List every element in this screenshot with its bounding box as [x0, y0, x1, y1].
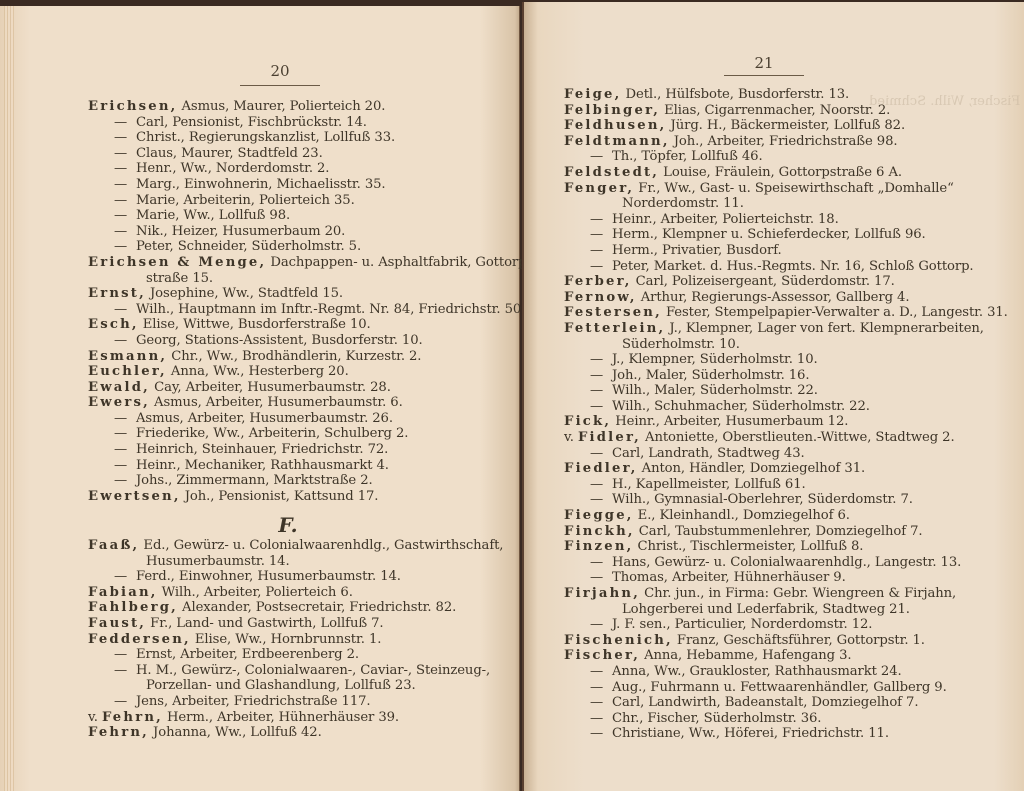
directory-entry: Euchler, Anna, Ww., Hesterberg 20. — [88, 364, 531, 380]
ditto-dash: — — [590, 259, 612, 275]
ditto-dash: — — [114, 208, 136, 224]
entry-details: Marie, Ww., Lollfuß 98. — [136, 208, 290, 223]
directory-sub-entry: —Friederike, Ww., Arbeiterin, Schulberg … — [88, 426, 531, 442]
directory-entry: Fenger, Fr., Ww., Gast- u. Speisewirthsc… — [564, 181, 1008, 197]
entry-details: Carl, Polizeisergeant, Süderdomstr. 17. — [632, 274, 895, 289]
directory-entry: Faaß, Ed., Gewürz- u. Colonialwaarenhdlg… — [88, 538, 503, 554]
name-prefix: v. — [88, 710, 102, 725]
directory-sub-entry: —Heinr., Arbeiter, Polierteichstr. 18. — [564, 212, 1008, 228]
page-number-rule — [240, 85, 320, 86]
ditto-dash: — — [590, 555, 612, 571]
directory-sub-entry: —Marie, Arbeiterin, Polierteich 35. — [88, 193, 531, 209]
entry-details: Ed., Gewürz- u. Colonialwaarenhdlg., Gas… — [139, 538, 503, 553]
ditto-dash: — — [590, 383, 612, 399]
directory-sub-entry: —H. M., Gewürz-, Colonialwaaren-, Caviar… — [88, 663, 503, 679]
entry-details: Herm., Arbeiter, Hühnerhäuser 39. — [163, 710, 399, 725]
entry-details: Wilh., Maler, Süderholmstr. 22. — [612, 383, 818, 398]
directory-sub-entry: —Nik., Heizer, Husumerbaum 20. — [88, 224, 531, 240]
surname: Euchler, — [88, 364, 167, 379]
directory-sub-entry: —Christ., Regierungskanzlist, Lollfuß 33… — [88, 130, 531, 146]
directory-entry: Fischenich, Franz, Geschäftsführer, Gott… — [564, 633, 1008, 649]
entry-details: Anna, Hebamme, Hafengang 3. — [640, 648, 852, 663]
directory-sub-entry: —H., Kapellmeister, Lollfuß 61. — [564, 477, 1008, 493]
ditto-dash: — — [114, 302, 136, 318]
directory-entry: Fischer, Anna, Hebamme, Hafengang 3. — [564, 648, 1008, 664]
entry-details: Arthur, Regierungs-Assessor, Gallberg 4. — [637, 290, 910, 305]
entry-details: Peter, Schneider, Süderholmstr. 5. — [136, 239, 361, 254]
ditto-dash: — — [590, 617, 612, 633]
ditto-dash: — — [114, 647, 136, 663]
ditto-dash: — — [590, 243, 612, 259]
directory-sub-entry: —Christiane, Ww., Höferei, Friedrichstr.… — [564, 726, 1008, 742]
entry-details: Antoniette, Oberstlieuten.-Wittwe, Stadt… — [641, 430, 955, 445]
surname: Fidler, — [578, 430, 641, 445]
directory-entry: Fiegge, E., Kleinhandl., Domziegelhof 6. — [564, 508, 1008, 524]
entry-details: Nik., Heizer, Husumerbaum 20. — [136, 224, 345, 239]
directory-sub-entry: —Herm., Privatier, Busdorf. — [564, 243, 1008, 259]
entry-details: Claus, Maurer, Stadtfeld 23. — [136, 146, 323, 161]
entry-details: Elias, Cigarrenmacher, Noorstr. 2. — [660, 103, 890, 118]
surname: Firjahn, — [564, 586, 640, 601]
entry-details: Carl, Landwirth, Badeanstalt, Domziegelh… — [612, 695, 918, 710]
ditto-dash: — — [114, 411, 136, 427]
surname: Feldstedt, — [564, 165, 659, 180]
directory-entry: Feldstedt, Louise, Fräulein, Gottorpstra… — [564, 165, 1008, 181]
entry-details: Franz, Geschäftsführer, Gottorpstr. 1. — [673, 633, 925, 648]
directory-sub-entry: —Carl, Landwirth, Badeanstalt, Domziegel… — [564, 695, 1008, 711]
ditto-dash: — — [114, 333, 136, 349]
directory-entry: v. Fehrn, Herm., Arbeiter, Hühnerhäuser … — [88, 710, 503, 726]
surname: Ewertsen, — [88, 489, 181, 504]
page-number-rule — [724, 75, 804, 76]
ditto-dash: — — [114, 426, 136, 442]
surname: Faust, — [88, 616, 146, 631]
directory-sub-entry: —Georg, Stations-Assistent, Busdorferstr… — [88, 333, 531, 349]
surname: Ernst, — [88, 286, 146, 301]
directory-sub-entry: —Chr., Fischer, Süderholmstr. 36. — [564, 711, 1008, 727]
entry-details: Peter, Market. d. Hus.-Regmts. Nr. 16, S… — [612, 259, 974, 274]
directory-entry: Esmann, Chr., Ww., Brodhändlerin, Kurzes… — [88, 349, 531, 365]
directory-sub-entry: —Asmus, Arbeiter, Husumerbaumstr. 26. — [88, 411, 531, 427]
entry-details: Chr. jun., in Firma: Gebr. Wiengreen & F… — [640, 586, 956, 601]
directory-sub-entry: —Ernst, Arbeiter, Erdbeerenberg 2. — [88, 647, 503, 663]
entry-details: Jens, Arbeiter, Friedrichstraße 117. — [136, 694, 371, 709]
directory-entry: Finzen, Christ., Tischlermeister, Lollfu… — [564, 539, 1008, 555]
directory-sub-entry: —Heinr., Mechaniker, Rathhausmarkt 4. — [88, 458, 531, 474]
directory-sub-entry: —Marg., Einwohnerin, Michaelisstr. 35. — [88, 177, 531, 193]
surname: Fehrn, — [88, 725, 149, 740]
entry-details: Joh., Pensionist, Kattsund 17. — [181, 489, 379, 504]
entry-continuation-line: Lohgerberei und Lederfabrik, Stadtweg 21… — [564, 602, 1008, 618]
entry-details: Th., Töpfer, Lollfuß 46. — [612, 149, 763, 164]
entry-details: Wilh., Schuhmacher, Süderholmstr. 22. — [612, 399, 870, 414]
ditto-dash: — — [590, 680, 612, 696]
ditto-dash: — — [590, 664, 612, 680]
ditto-dash: — — [114, 473, 136, 489]
book-spread: 20 Erichsen, Asmus, Maurer, Polierteich … — [0, 0, 1024, 791]
directory-sub-entry: —Carl, Landrath, Stadtweg 43. — [564, 446, 1008, 462]
directory-list-e: Erichsen, Asmus, Maurer, Polierteich 20.… — [88, 99, 531, 504]
directory-entry: Fetterlein, J., Klempner, Lager von fert… — [564, 321, 1008, 337]
entry-details: Friederike, Ww., Arbeiterin, Schulberg 2… — [136, 426, 408, 441]
directory-sub-entry: —Peter, Market. d. Hus.-Regmts. Nr. 16, … — [564, 259, 1008, 275]
surname: Fahlberg, — [88, 600, 178, 615]
entry-continuation-line: Porzellan- und Glashandlung, Lollfuß 23. — [88, 678, 503, 694]
entry-details: Christ., Regierungskanzlist, Lollfuß 33. — [136, 130, 395, 145]
ditto-dash: — — [590, 399, 612, 415]
directory-entry: Feige, Detl., Hülfsbote, Busdorferstr. 1… — [564, 87, 1008, 103]
entry-details: Dachpappen- u. Asphaltfabrik, Gottorp- — [266, 255, 531, 270]
ditto-dash: — — [590, 492, 612, 508]
directory-entry: Faust, Fr., Land- und Gastwirth, Lollfuß… — [88, 616, 503, 632]
directory-sub-entry: —Jens, Arbeiter, Friedrichstraße 117. — [88, 694, 503, 710]
entry-details: Georg, Stations-Assistent, Busdorferstr.… — [136, 333, 423, 348]
directory-entry: Ewers, Asmus, Arbeiter, Husumerbaumstr. … — [88, 395, 531, 411]
directory-sub-entry: —Wilh., Hauptmann im Inftr.-Regmt. Nr. 8… — [88, 302, 531, 318]
surname: Festersen, — [564, 305, 662, 320]
directory-sub-entry: —Anna, Ww., Graukloster, Rathhausmarkt 2… — [564, 664, 1008, 680]
surname: Ferber, — [564, 274, 632, 289]
entry-details: Carl, Taubstummenlehrer, Domziegelhof 7. — [635, 524, 923, 539]
directory-sub-entry: —Marie, Ww., Lollfuß 98. — [88, 208, 531, 224]
entry-details: J., Klempner, Lager von fert. Klempnerar… — [665, 321, 984, 336]
entry-details: Fester, Stempelpapier-Verwalter a. D., L… — [662, 305, 1008, 320]
entry-details: Elise, Ww., Hornbrunnstr. 1. — [191, 632, 382, 647]
entry-details: Fr., Land- und Gastwirth, Lollfuß 7. — [146, 616, 383, 631]
surname: Fetterlein, — [564, 321, 665, 336]
entry-details: J. F. sen., Particulier, Norderdomstr. 1… — [612, 617, 872, 632]
entry-details: Henr., Ww., Norderdomstr. 2. — [136, 161, 329, 176]
directory-sub-entry: —Herm., Klempner u. Schieferdecker, Loll… — [564, 227, 1008, 243]
entry-details: Fr., Ww., Gast- u. Speisewirthschaft „Do… — [634, 181, 954, 196]
entry-details: Asmus, Maurer, Polierteich 20. — [177, 99, 385, 114]
surname: Ewald, — [88, 380, 150, 395]
ditto-dash: — — [590, 352, 612, 368]
entry-details: Elise, Wittwe, Busdorferstraße 10. — [139, 317, 371, 332]
surname: Erichsen & Menge, — [88, 255, 266, 270]
directory-entry: Firjahn, Chr. jun., in Firma: Gebr. Wien… — [564, 586, 1008, 602]
surname: Felbinger, — [564, 103, 660, 118]
entry-continuation-line: Süderholmstr. 10. — [564, 337, 1008, 353]
ditto-dash: — — [114, 177, 136, 193]
ditto-dash: — — [590, 212, 612, 228]
surname: Finckh, — [564, 524, 635, 539]
surname: Finzen, — [564, 539, 633, 554]
directory-sub-entry: —Carl, Pensionist, Fischbrückstr. 14. — [88, 115, 531, 131]
surname: Fernow, — [564, 290, 637, 305]
ditto-dash: — — [114, 458, 136, 474]
ditto-dash: — — [114, 442, 136, 458]
directory-entry: Felbinger, Elias, Cigarrenmacher, Noorst… — [564, 103, 1008, 119]
ditto-dash: — — [114, 569, 136, 585]
directory-entry: Finckh, Carl, Taubstummenlehrer, Domzieg… — [564, 524, 1008, 540]
directory-sub-entry: —Heinrich, Steinhauer, Friedrichstr. 72. — [88, 442, 531, 458]
ditto-dash: — — [114, 130, 136, 146]
directory-sub-entry: —Henr., Ww., Norderdomstr. 2. — [88, 161, 531, 177]
directory-entry: Erichsen & Menge, Dachpappen- u. Asphalt… — [88, 255, 531, 271]
entry-details: Joh., Maler, Süderholmstr. 16. — [612, 368, 809, 383]
directory-sub-entry: —Hans, Gewürz- u. Colonialwaarenhdlg., L… — [564, 555, 1008, 571]
entry-details: Ferd., Einwohner, Husumerbaumstr. 14. — [136, 569, 401, 584]
directory-sub-entry: —Thomas, Arbeiter, Hühnerhäuser 9. — [564, 570, 1008, 586]
directory-entry: Ferber, Carl, Polizeisergeant, Süderdoms… — [564, 274, 1008, 290]
entry-details: Anna, Ww., Hesterberg 20. — [167, 364, 349, 379]
entry-details: Louise, Fräulein, Gottorpstraße 6 A. — [659, 165, 902, 180]
entry-details: Chr., Fischer, Süderholmstr. 36. — [612, 711, 821, 726]
entry-details: Marie, Arbeiterin, Polierteich 35. — [136, 193, 355, 208]
page-number-right: 21 — [734, 54, 794, 72]
page-number-left: 20 — [250, 62, 310, 80]
name-prefix: v. — [564, 430, 578, 445]
surname: Esch, — [88, 317, 139, 332]
directory-entry: Feldhusen, Jürg. H., Bäckermeister, Loll… — [564, 118, 1008, 134]
entry-details: Heinr., Mechaniker, Rathhausmarkt 4. — [136, 458, 389, 473]
ditto-dash: — — [114, 224, 136, 240]
directory-entry: Ewertsen, Joh., Pensionist, Kattsund 17. — [88, 489, 531, 505]
ditto-dash: — — [114, 663, 136, 679]
entry-details: Herm., Klempner u. Schieferdecker, Lollf… — [612, 227, 926, 242]
directory-list-f-right: Feige, Detl., Hülfsbote, Busdorferstr. 1… — [564, 87, 1008, 742]
entry-details: H. M., Gewürz-, Colonialwaaren-, Caviar-… — [136, 663, 490, 678]
entry-details: Heinrich, Steinhauer, Friedrichstr. 72. — [136, 442, 388, 457]
surname: Feige, — [564, 87, 621, 102]
entry-details: Johs., Zimmermann, Marktstraße 2. — [136, 473, 373, 488]
ditto-dash: — — [114, 694, 136, 710]
entry-details: Ernst, Arbeiter, Erdbeerenberg 2. — [136, 647, 359, 662]
entry-details: J., Klempner, Süderholmstr. 10. — [612, 352, 818, 367]
directory-entry: Fahlberg, Alexander, Postsecretair, Frie… — [88, 600, 503, 616]
entry-details: Anton, Händler, Domziegelhof 31. — [638, 461, 866, 476]
directory-entry: Ewald, Cay, Arbeiter, Husumerbaumstr. 28… — [88, 380, 531, 396]
directory-sub-entry: —Wilh., Schuhmacher, Süderholmstr. 22. — [564, 399, 1008, 415]
directory-entry: v. Fidler, Antoniette, Oberstlieuten.-Wi… — [564, 430, 1008, 446]
entry-details: Heinr., Arbeiter, Polierteichstr. 18. — [612, 212, 839, 227]
directory-sub-entry: —Claus, Maurer, Stadtfeld 23. — [88, 146, 531, 162]
ditto-dash: — — [114, 115, 136, 131]
entry-details: Johanna, Ww., Lollfuß 42. — [149, 725, 322, 740]
surname: Erichsen, — [88, 99, 177, 114]
entry-details: Jürg. H., Bäckermeister, Lollfuß 82. — [666, 118, 905, 133]
surname: Fischer, — [564, 648, 640, 663]
entry-details: Marg., Einwohnerin, Michaelisstr. 35. — [136, 177, 386, 192]
entry-details: Alexander, Postsecretair, Friedrichstr. … — [178, 600, 456, 615]
directory-entry: Esch, Elise, Wittwe, Busdorferstraße 10. — [88, 317, 531, 333]
entry-details: E., Kleinhandl., Domziegelhof 6. — [634, 508, 850, 523]
directory-entry: Fehrn, Johanna, Ww., Lollfuß 42. — [88, 725, 503, 741]
right-page: Fischer, Wilh. Schmied 21 Feige, Detl., … — [522, 2, 1024, 791]
entry-details: Anna, Ww., Graukloster, Rathhausmarkt 24… — [612, 664, 902, 679]
entry-details: Chr., Ww., Brodhändlerin, Kurzestr. 2. — [167, 349, 421, 364]
directory-sub-entry: —J. F. sen., Particulier, Norderdomstr. … — [564, 617, 1008, 633]
directory-entry: Feldtmann, Joh., Arbeiter, Friedrichstra… — [564, 134, 1008, 150]
section-letter-f: F. — [88, 505, 488, 538]
surname: Feldtmann, — [564, 134, 670, 149]
directory-sub-entry: —Peter, Schneider, Süderholmstr. 5. — [88, 239, 531, 255]
surname: Ewers, — [88, 395, 150, 410]
directory-sub-entry: —J., Klempner, Süderholmstr. 10. — [564, 352, 1008, 368]
entry-continuation-line: Norderdomstr. 11. — [564, 196, 1008, 212]
surname: Fischenich, — [564, 633, 673, 648]
surname: Esmann, — [88, 349, 167, 364]
directory-sub-entry: —Johs., Zimmermann, Marktstraße 2. — [88, 473, 531, 489]
entry-details: Carl, Landrath, Stadtweg 43. — [612, 446, 805, 461]
directory-entry: Feddersen, Elise, Ww., Hornbrunnstr. 1. — [88, 632, 503, 648]
entry-details: Asmus, Arbeiter, Husumerbaumstr. 26. — [136, 411, 393, 426]
directory-entry: Erichsen, Asmus, Maurer, Polierteich 20. — [88, 99, 531, 115]
directory-sub-entry: —Ferd., Einwohner, Husumerbaumstr. 14. — [88, 569, 503, 585]
entry-details: Wilh., Gymnasial-Oberlehrer, Süderdomstr… — [612, 492, 913, 507]
ditto-dash: — — [590, 149, 612, 165]
ditto-dash: — — [590, 726, 612, 742]
surname: Fick, — [564, 414, 611, 429]
surname: Fehrn, — [102, 710, 163, 725]
entry-details: Wilh., Arbeiter, Polierteich 6. — [158, 585, 353, 600]
surname: Faaß, — [88, 538, 139, 553]
directory-entry: Fick, Heinr., Arbeiter, Husumerbaum 12. — [564, 414, 1008, 430]
surname: Feddersen, — [88, 632, 191, 647]
entry-details: Herm., Privatier, Busdorf. — [612, 243, 782, 258]
entry-details: Aug., Fuhrmann u. Fettwaarenhändler, Gal… — [612, 680, 947, 695]
surname: Fiedler, — [564, 461, 638, 476]
directory-entry: Festersen, Fester, Stempelpapier-Verwalt… — [564, 305, 1008, 321]
entry-details: Hans, Gewürz- u. Colonialwaarenhdlg., La… — [612, 555, 961, 570]
entry-details: Detl., Hülfsbote, Busdorferstr. 13. — [621, 87, 849, 102]
entry-details: Josephine, Ww., Stadtfeld 15. — [146, 286, 343, 301]
ditto-dash: — — [114, 193, 136, 209]
entry-details: Heinr., Arbeiter, Husumerbaum 12. — [611, 414, 848, 429]
surname: Fenger, — [564, 181, 634, 196]
entry-details: Christiane, Ww., Höferei, Friedrichstr. … — [612, 726, 889, 741]
entry-details: Thomas, Arbeiter, Hühnerhäuser 9. — [612, 570, 846, 585]
directory-entry: Ernst, Josephine, Ww., Stadtfeld 15. — [88, 286, 531, 302]
ditto-dash: — — [590, 711, 612, 727]
ditto-dash: — — [590, 368, 612, 384]
ditto-dash: — — [114, 161, 136, 177]
directory-sub-entry: —Aug., Fuhrmann u. Fettwaarenhändler, Ga… — [564, 680, 1008, 696]
ditto-dash: — — [590, 227, 612, 243]
directory-list-f-left: Faaß, Ed., Gewürz- u. Colonialwaarenhdlg… — [88, 538, 503, 741]
entry-details: Joh., Arbeiter, Friedrichstraße 98. — [670, 134, 898, 149]
ditto-dash: — — [114, 239, 136, 255]
entry-details: Christ., Tischlermeister, Lollfuß 8. — [633, 539, 863, 554]
ditto-dash: — — [590, 446, 612, 462]
entry-details: Carl, Pensionist, Fischbrückstr. 14. — [136, 115, 367, 130]
ditto-dash: — — [590, 695, 612, 711]
directory-entry: Fiedler, Anton, Händler, Domziegelhof 31… — [564, 461, 1008, 477]
directory-sub-entry: —Th., Töpfer, Lollfuß 46. — [564, 149, 1008, 165]
ditto-dash: — — [590, 477, 612, 493]
surname: Fabian, — [88, 585, 158, 600]
left-page: 20 Erichsen, Asmus, Maurer, Polierteich … — [0, 6, 520, 791]
entry-details: Wilh., Hauptmann im Inftr.-Regmt. Nr. 84… — [136, 302, 525, 317]
ditto-dash: — — [114, 146, 136, 162]
entry-details: Asmus, Arbeiter, Husumerbaumstr. 6. — [150, 395, 403, 410]
directory-sub-entry: —Joh., Maler, Süderholmstr. 16. — [564, 368, 1008, 384]
entry-continuation-line: Husumerbaumstr. 14. — [88, 554, 503, 570]
directory-sub-entry: —Wilh., Maler, Süderholmstr. 22. — [564, 383, 1008, 399]
directory-sub-entry: —Wilh., Gymnasial-Oberlehrer, Süderdomst… — [564, 492, 1008, 508]
page-edge-stack — [4, 6, 14, 791]
directory-entry: Fabian, Wilh., Arbeiter, Polierteich 6. — [88, 585, 503, 601]
surname: Fiegge, — [564, 508, 634, 523]
surname: Feldhusen, — [564, 118, 666, 133]
entry-continuation-line: straße 15. — [88, 271, 531, 287]
entry-details: H., Kapellmeister, Lollfuß 61. — [612, 477, 806, 492]
ditto-dash: — — [590, 570, 612, 586]
entry-details: Cay, Arbeiter, Husumerbaumstr. 28. — [150, 380, 391, 395]
directory-entry: Fernow, Arthur, Regierungs-Assessor, Gal… — [564, 290, 1008, 306]
